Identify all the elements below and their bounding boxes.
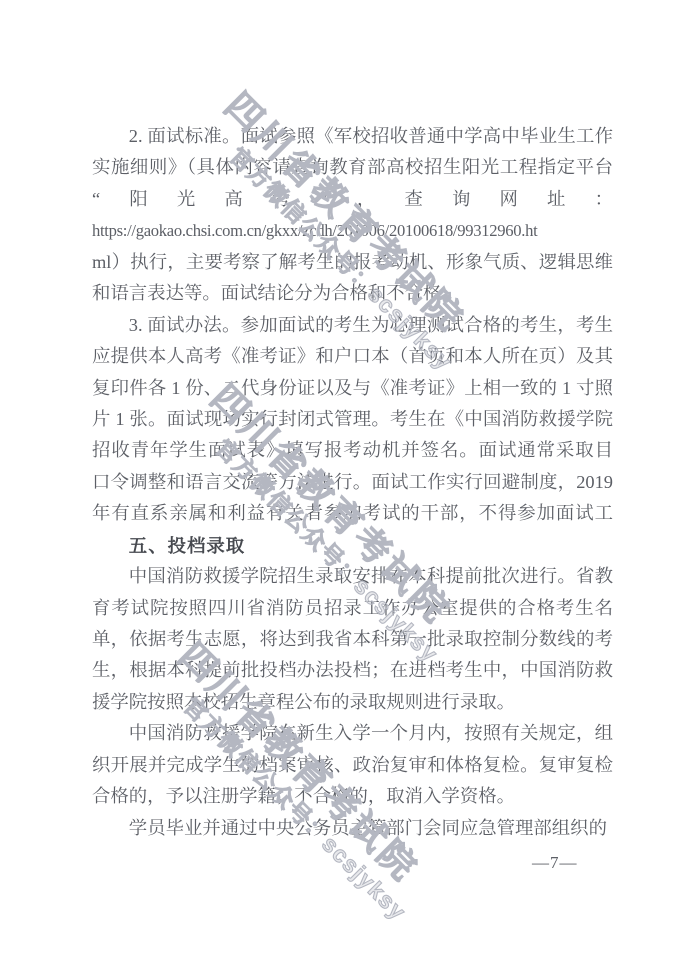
- section-heading: 五、投档录取: [92, 530, 613, 561]
- url-line: https://gaokao.chsi.com.cn/gkxx/zcdh/201…: [92, 215, 613, 246]
- text-line: 口令调整和语言交流等方法进行。面试工作实行回避制度，2019: [92, 467, 613, 498]
- text-line: 和语言表达等。面试结论分为合格和不合格。: [92, 278, 613, 309]
- text-line: 学员毕业并通过中央公务员主管部门会同应急管理部组织的: [92, 813, 613, 844]
- text-line: 片 1 张。面试现场实行封闭式管理。考生在《中国消防救援学院: [92, 404, 613, 435]
- text-line: 实施细则》（具体内容请查询教育部高校招生阳光工程指定平台: [92, 152, 613, 183]
- text-line: 合格的，予以注册学籍；不合格的，取消入学资格。: [92, 781, 613, 812]
- text-line: “阳光高考”，查询网址：: [92, 184, 613, 215]
- text-line: 2. 面试标准。面试参照《军校招收普通中学高中毕业生工作: [92, 121, 613, 152]
- text-line: 中国消防救援学院招生录取安排在本科提前批次进行。省教: [92, 561, 613, 592]
- text-line: 单，依据考生志愿，将达到我省本科第一批录取控制分数线的考: [92, 624, 613, 655]
- text-line: 援学院按照本校招生章程公布的录取规则进行录取。: [92, 687, 613, 718]
- text-line: 复印件各 1 份、二代身份证以及与《准考证》上相一致的 1 寸照: [92, 373, 613, 404]
- document-page: 四川省教育考试院 官方微信公众号：scsjyksy 四川省教育考试院 官方微信公…: [0, 0, 680, 961]
- text-line: 招收青年学生面试表》填写报考动机并签名。面试通常采取目测、: [92, 435, 613, 466]
- text-line: ml）执行，主要考察了解考生的报考动机、形象气质、逻辑思维: [92, 247, 613, 278]
- text-line: 育考试院按照四川省消防员招录工作办公室提供的合格考生名: [92, 593, 613, 624]
- document-body: 2. 面试标准。面试参照《军校招收普通中学高中毕业生工作 实施细则》（具体内容请…: [92, 121, 613, 844]
- page-number: —7—: [532, 853, 578, 873]
- text-line: 应提供本人高考《准考证》和户口本（首页和本人所在页）及其: [92, 341, 613, 372]
- text-line: 中国消防救援学院在新生入学一个月内，按照有关规定，组: [92, 718, 613, 749]
- text-line: 生，根据本科提前批投档办法投档；在进档考生中，中国消防救: [92, 655, 613, 686]
- text-line: 织开展并完成学生的档案审核、政治复审和体格复检。复审复检: [92, 750, 613, 781]
- text-line: 年有直系亲属和利益有关者参加考试的干部，不得参加面试工作。: [92, 498, 613, 529]
- text-line: 3. 面试办法。参加面试的考生为心理测试合格的考生，考生: [92, 310, 613, 341]
